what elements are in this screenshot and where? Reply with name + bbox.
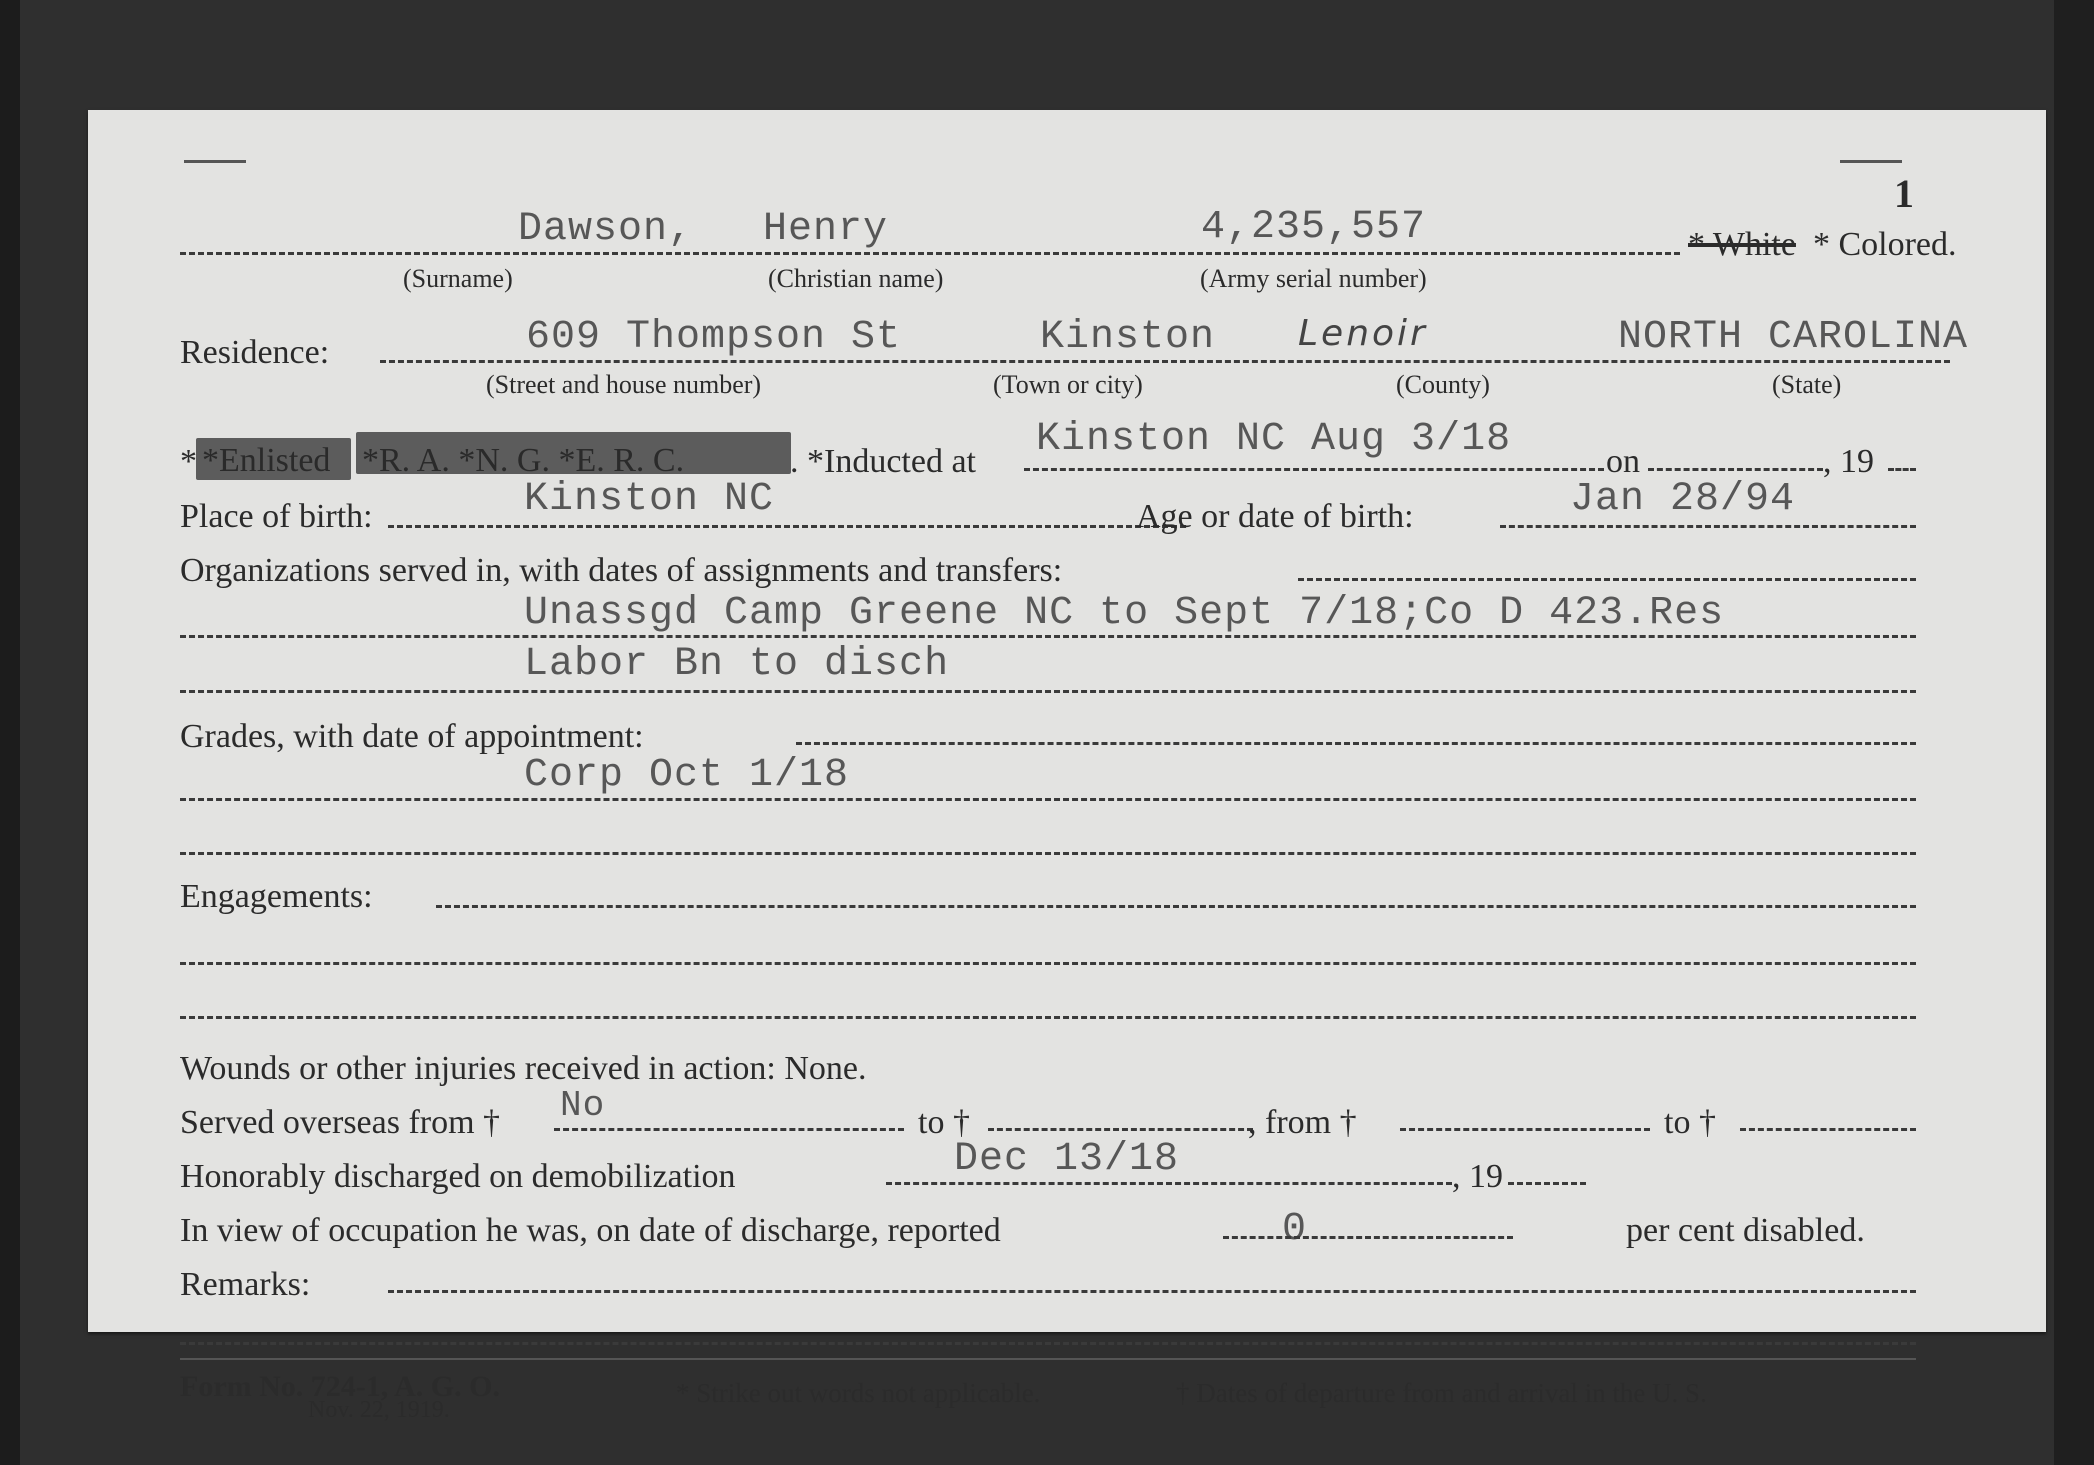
- state-caption: (State): [1772, 372, 1841, 398]
- overseas-to2-line: [1740, 1128, 1916, 1131]
- birth-place-line: [388, 525, 1186, 528]
- remarks-label: Remarks:: [180, 1268, 310, 1302]
- organizations-line-2-rule: [180, 690, 1916, 693]
- residence-label: Residence:: [180, 336, 329, 370]
- birth-place-value: Kinston NC: [524, 480, 774, 520]
- grades-label: Grades, with date of appointment:: [180, 720, 644, 754]
- on-label: on: [1606, 445, 1640, 479]
- grades-line-1: Corp Oct 1/18: [524, 756, 849, 796]
- discharge-label: Honorably discharged on demobilization: [180, 1160, 736, 1194]
- on-line: [1648, 468, 1823, 471]
- top-right-tick-mark: [1840, 160, 1902, 163]
- remarks-line-1: [388, 1290, 1916, 1293]
- inducted-label: . *Inducted at: [790, 445, 976, 479]
- remarks-line-2: [180, 1342, 1916, 1345]
- engagements-label: Engagements:: [180, 880, 373, 914]
- scanner-right-edge: [2054, 0, 2094, 1465]
- birth-date-label: Age or date of birth:: [1136, 500, 1414, 534]
- organizations-label-line: [1298, 578, 1916, 581]
- redacted-enlisted: *Enlisted: [196, 438, 351, 480]
- serial-number-value: 4,235,557: [1201, 208, 1426, 248]
- engagements-line-1: [436, 905, 1916, 908]
- organizations-line-1-rule: [180, 635, 1916, 638]
- overseas-from2-line: [1400, 1128, 1650, 1131]
- serial-number-caption: (Army serial number): [1200, 266, 1427, 292]
- street-caption: (Street and house number): [486, 372, 761, 398]
- engagements-line-2: [180, 962, 1916, 965]
- surname-caption: (Surname): [403, 266, 513, 292]
- street-value: 609 Thompson St: [526, 318, 901, 358]
- overseas-to-label: to †: [918, 1106, 970, 1140]
- induction-year-label: , 19: [1823, 445, 1874, 479]
- wounds-value: None.: [784, 1050, 866, 1087]
- state-value: NORTH CAROLINA: [1618, 318, 1968, 358]
- organizations-label: Organizations served in, with dates of a…: [180, 554, 1062, 588]
- redacted-branches: *R. A. *N. G. *E. R. C.: [356, 432, 791, 474]
- induction-year-line: [1888, 468, 1916, 471]
- overseas-label: Served overseas from †: [180, 1106, 500, 1140]
- discharge-year-line: [1508, 1182, 1586, 1185]
- residence-line: [380, 360, 1950, 363]
- footnote-strike-out: * Strike out words not applicable.: [676, 1380, 1040, 1407]
- disability-line: [1223, 1236, 1513, 1239]
- disability-suffix: per cent disabled.: [1626, 1214, 1865, 1248]
- overseas-from-line: [554, 1128, 904, 1131]
- race-options: * White * Colored.: [1688, 228, 1957, 262]
- overseas-to2-label: to †: [1664, 1106, 1716, 1140]
- engagements-line-3: [180, 1016, 1916, 1019]
- christian-name-caption: (Christian name): [768, 266, 943, 292]
- form-date: Nov. 22, 1919.: [308, 1398, 450, 1422]
- town-value: Kinston: [1040, 318, 1215, 358]
- birth-date-value: Jan 28/94: [1570, 480, 1795, 520]
- footnote-dates: † Dates of departure from and arrival in…: [1176, 1380, 1707, 1407]
- birth-date-line: [1500, 525, 1916, 528]
- wounds-label: Wounds or other injuries received in act…: [180, 1050, 776, 1087]
- disability-label: In view of occupation he was, on date of…: [180, 1214, 1001, 1248]
- grades-line-2-rule: [180, 852, 1916, 855]
- discharge-line: [886, 1182, 1452, 1185]
- birth-place-label: Place of birth:: [180, 500, 373, 534]
- grades-line-1-rule: [180, 798, 1916, 801]
- overseas-to-line: [988, 1128, 1253, 1131]
- disability-value: 0: [1282, 1210, 1307, 1250]
- inducted-value: Kinston NC Aug 3/18: [1036, 420, 1511, 460]
- overseas-from2-label: , from †: [1248, 1106, 1357, 1140]
- county-caption: (County): [1396, 372, 1490, 398]
- wounds-row: Wounds or other injuries received in act…: [180, 1052, 867, 1086]
- discharge-year-label: , 19: [1452, 1160, 1503, 1194]
- name-line: [180, 252, 1680, 255]
- discharge-date-value: Dec 13/18: [954, 1140, 1179, 1180]
- service-record-card: 1 Dawson, Henry 4,235,557 * White * Colo…: [88, 110, 2046, 1332]
- scanner-left-edge: [0, 0, 20, 1465]
- grades-label-line: [796, 742, 1916, 745]
- card-number: 1: [1894, 174, 1914, 214]
- town-caption: (Town or city): [993, 372, 1143, 398]
- footer-rule: [180, 1358, 1916, 1360]
- top-left-tick-mark: [184, 160, 246, 163]
- county-value-handwritten: Lenoir: [1298, 316, 1428, 352]
- organizations-line-1: Unassgd Camp Greene NC to Sept 7/18;Co D…: [524, 594, 1724, 634]
- inducted-line: [1024, 468, 1604, 471]
- overseas-from-value: No: [560, 1088, 605, 1124]
- christian-name-value: Henry: [763, 210, 888, 250]
- organizations-line-2: Labor Bn to disch: [524, 645, 949, 685]
- surname-value: Dawson,: [518, 210, 693, 250]
- race-white-struck: * White: [1688, 226, 1796, 263]
- race-colored: * Colored.: [1813, 226, 1957, 263]
